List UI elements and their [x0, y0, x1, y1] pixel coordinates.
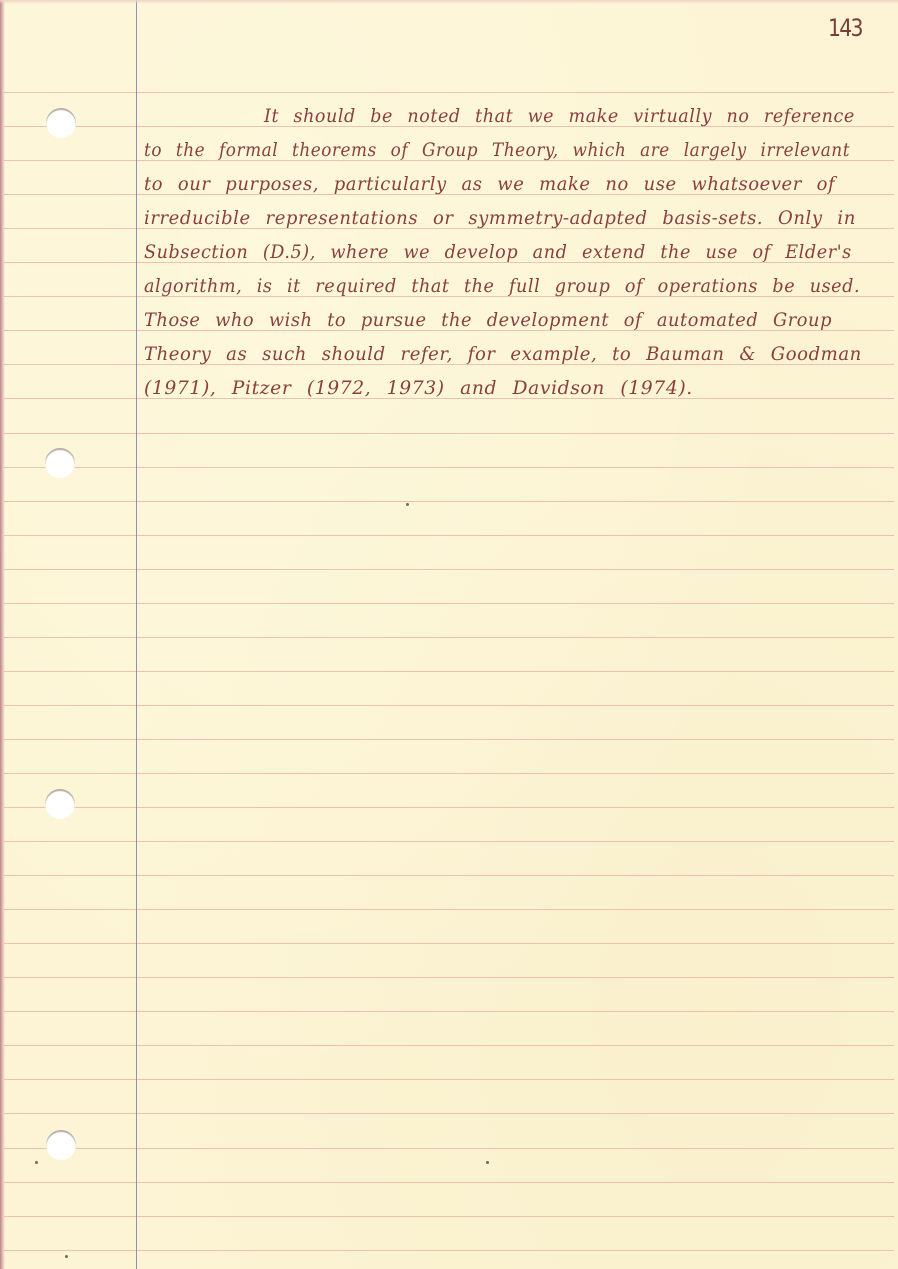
ruled-line — [4, 1079, 894, 1080]
paragraph-line: (1971), Pitzer (1972, 1973) and Davidson… — [144, 377, 693, 399]
ruled-line — [4, 1148, 894, 1149]
paragraph-line: algorithm, is it required that the full … — [144, 275, 860, 297]
paragraph-line: Subsection (D.5), where we develop and e… — [144, 241, 852, 263]
ruled-line — [4, 1045, 894, 1046]
ruled-line — [4, 773, 894, 774]
notebook-page: 143 It should be noted that we make virt… — [0, 0, 898, 1269]
paragraph-line: Those who wish to pursue the development… — [144, 309, 832, 331]
ruled-line — [4, 569, 894, 570]
ruled-line — [4, 1113, 894, 1114]
ruled-line — [4, 841, 894, 842]
ruled-line — [4, 637, 894, 638]
punch-hole — [45, 789, 75, 819]
paper-speck — [35, 1161, 38, 1164]
ruled-line — [4, 807, 894, 808]
ruled-line — [4, 92, 894, 93]
paper-speck — [406, 503, 409, 506]
paragraph-line: to our purposes, particularly as we make… — [144, 173, 835, 195]
ruled-line — [4, 671, 894, 672]
ruled-line — [4, 909, 894, 910]
paragraph-line: Theory as such should refer, for example… — [144, 343, 862, 365]
ruled-line — [4, 943, 894, 944]
ruled-line — [4, 739, 894, 740]
punch-hole — [45, 448, 75, 478]
ruled-line — [4, 467, 894, 468]
ruled-line — [4, 603, 894, 604]
ruled-line — [4, 1011, 894, 1012]
ruled-line — [4, 977, 894, 978]
punch-hole — [46, 108, 76, 138]
ruled-line — [4, 875, 894, 876]
page-number: 143 — [828, 14, 862, 42]
margin-line — [136, 0, 137, 1269]
ruled-line — [4, 501, 894, 502]
ruled-line — [4, 1216, 894, 1217]
paragraph-line: It should be noted that we make virtuall… — [264, 105, 855, 127]
ruled-line — [4, 433, 894, 434]
paper-speck — [65, 1255, 68, 1258]
punch-hole — [46, 1130, 76, 1160]
ruled-line — [4, 535, 894, 536]
ruled-line — [4, 705, 894, 706]
paragraph-line: to the formal theorems of Group Theory, … — [144, 139, 850, 161]
paper-speck — [486, 1161, 489, 1164]
ruled-line — [4, 1182, 894, 1183]
paragraph-line: irreducible representations or symmetry-… — [144, 207, 856, 229]
ruled-line — [4, 1250, 894, 1251]
